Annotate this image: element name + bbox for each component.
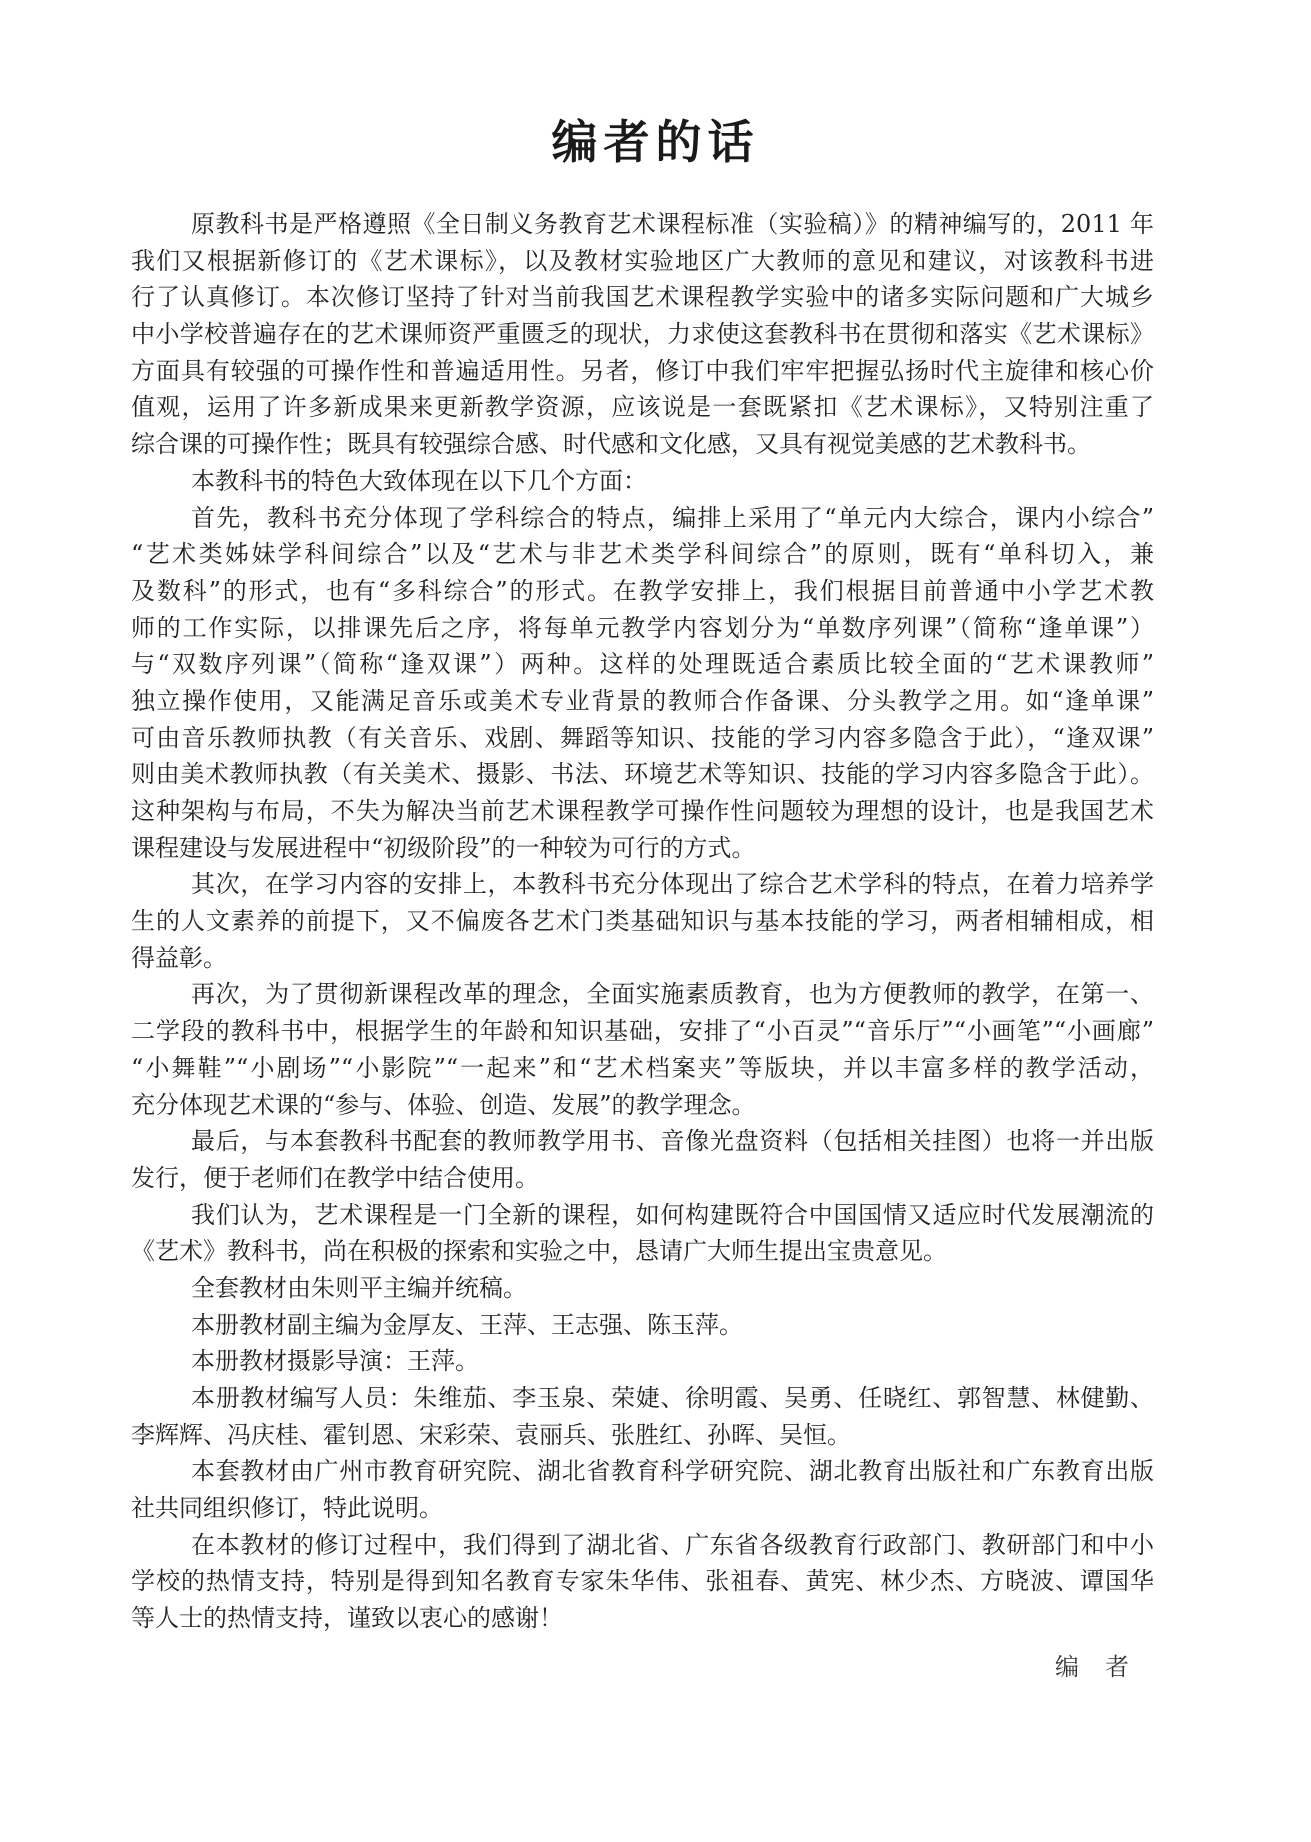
page-title: 编者的话 (0, 112, 1311, 172)
paragraph: 其次，在学习内容的安排上，本教科书充分体现出了综合艺术学科的特点，在着力培养学生… (131, 866, 1154, 976)
document-page: 编者的话 原教科书是严格遵照《全日制义务教育艺术课程标准（实验稿）》的精神编写的… (0, 0, 1311, 1842)
paragraph-line: 二学段的教科书中，根据学生的年龄和知识基础，安排了“小百灵”“音乐厅”“小画笔”… (131, 1013, 1154, 1050)
document-body: 原教科书是严格遵照《全日制义务教育艺术课程标准（实验稿）》的精神编写的，2011… (131, 206, 1154, 1637)
paragraph-line: 其次，在学习内容的安排上，本教科书充分体现出了综合艺术学科的特点，在着力培养学 (131, 866, 1154, 903)
paragraph-line: 李辉辉、冯庆桂、霍钊恩、宋彩荣、袁丽兵、张胜红、孙晖、吴恒。 (131, 1417, 1154, 1454)
paragraph-line: 我们又根据新修订的《艺术课标》，以及教材实验地区广大教师的意见和建议，对该教科书… (131, 243, 1154, 280)
paragraph-line: 这种架构与布局，不失为解决当前艺术课程教学可操作性问题较为理想的设计，也是我国艺… (131, 793, 1154, 830)
paragraph-line: 值观，运用了许多新成果来更新教学资源，应该说是一套既紧扣《艺术课标》，又特别注重… (131, 389, 1154, 426)
paragraph-line: 综合课的可操作性；既具有较强综合感、时代感和文化感，又具有视觉美感的艺术教科书。 (131, 426, 1154, 463)
paragraph-line: 再次，为了贯彻新课程改革的理念，全面实施素质教育，也为方便教师的教学，在第一、 (131, 976, 1154, 1013)
paragraph-line: 可由音乐教师执教（有关音乐、戏剧、舞蹈等知识、技能的学习内容多隐含于此），“逢双… (131, 720, 1154, 757)
paragraph-line: 在本教材的修订过程中，我们得到了湖北省、广东省各级教育行政部门、教研部门和中小 (131, 1527, 1154, 1564)
paragraph-line: 首先，教科书充分体现了学科综合的特点，编排上采用了“单元内大综合，课内小综合” (131, 500, 1154, 537)
paragraph-line: 中小学校普遍存在的艺术课师资严重匮乏的现状，力求使这套教科书在贯彻和落实《艺术课… (131, 316, 1154, 353)
paragraph-line: 独立操作使用，又能满足音乐或美术专业背景的教师合作备课、分头教学之用。如“逢单课… (131, 683, 1154, 720)
paragraph: 我们认为，艺术课程是一门全新的课程，如何构建既符合中国国情又适应时代发展潮流的《… (131, 1197, 1154, 1270)
paragraph: 本套教材由广州市教育研究院、湖北省教育科学研究院、湖北教育出版社和广东教育出版社… (131, 1453, 1154, 1526)
paragraph-line: 与“双数序列课”（简称“逢双课”）两种。这样的处理既适合素质比较全面的“艺术课教… (131, 646, 1154, 683)
paragraph: 在本教材的修订过程中，我们得到了湖北省、广东省各级教育行政部门、教研部门和中小学… (131, 1527, 1154, 1637)
paragraph-line: 原教科书是严格遵照《全日制义务教育艺术课程标准（实验稿）》的精神编写的，2011… (131, 206, 1154, 243)
paragraph-line: 生的人文素养的前提下，又不偏废各艺术门类基础知识与基本技能的学习，两者相辅相成，… (131, 903, 1154, 940)
paragraph-line: 等人士的热情支持，谨致以衷心的感谢！ (131, 1600, 1154, 1637)
paragraph-line: 本教科书的特色大致体现在以下几个方面： (131, 463, 1154, 500)
paragraph: 本册教材摄影导演：王萍。 (131, 1343, 1154, 1380)
paragraph-line: 我们认为，艺术课程是一门全新的课程，如何构建既符合中国国情又适应时代发展潮流的 (131, 1197, 1154, 1234)
paragraph-line: 得益彰。 (131, 940, 1154, 977)
paragraph: 最后，与本套教科书配套的教师教学用书、音像光盘资料（包括相关挂图）也将一并出版发… (131, 1123, 1154, 1196)
paragraph-line: 及数科”的形式，也有“多科综合”的形式。在教学安排上，我们根据目前普通中小学艺术… (131, 573, 1154, 610)
signature: 编者 (1055, 1647, 1155, 1682)
paragraph-line: 行了认真修订。本次修订坚持了针对当前我国艺术课程教学实验中的诸多实际问题和广大城… (131, 279, 1154, 316)
paragraph-line: 本册教材摄影导演：王萍。 (131, 1343, 1154, 1380)
paragraph-line: 本册教材编写人员：朱维茄、李玉泉、荣婕、徐明霞、吴勇、任晓红、郭智慧、林健勤、 (131, 1380, 1154, 1417)
paragraph-line: 发行，便于老师们在教学中结合使用。 (131, 1160, 1154, 1197)
paragraph-line: 本册教材副主编为金厚友、王萍、王志强、陈玉萍。 (131, 1307, 1154, 1344)
paragraph-line: 全套教材由朱则平主编并统稿。 (131, 1270, 1154, 1307)
paragraph-line: “小舞鞋”“小剧场”“小影院”“一起来”和“艺术档案夹”等版块，并以丰富多样的教… (131, 1050, 1154, 1087)
paragraph-line: “艺术类姊妹学科间综合”以及“艺术与非艺术类学科间综合”的原则，既有“单科切入，… (131, 536, 1154, 573)
paragraph-line: 充分体现艺术课的“参与、体验、创造、发展”的教学理念。 (131, 1087, 1154, 1124)
paragraph-line: 课程建设与发展进程中“初级阶段”的一种较为可行的方式。 (131, 830, 1154, 867)
paragraph-line: 最后，与本套教科书配套的教师教学用书、音像光盘资料（包括相关挂图）也将一并出版 (131, 1123, 1154, 1160)
paragraph: 本教科书的特色大致体现在以下几个方面： (131, 463, 1154, 500)
paragraph: 原教科书是严格遵照《全日制义务教育艺术课程标准（实验稿）》的精神编写的，2011… (131, 206, 1154, 463)
paragraph-line: 社共同组织修订，特此说明。 (131, 1490, 1154, 1527)
paragraph-line: 学校的热情支持，特别是得到知名教育专家朱华伟、张祖春、黄宪、林少杰、方晓波、谭国… (131, 1563, 1154, 1600)
paragraph: 全套教材由朱则平主编并统稿。 (131, 1270, 1154, 1307)
paragraph-line: 《艺术》教科书，尚在积极的探索和实验之中，恳请广大师生提出宝贵意见。 (131, 1233, 1154, 1270)
paragraph-line: 本套教材由广州市教育研究院、湖北省教育科学研究院、湖北教育出版社和广东教育出版 (131, 1453, 1154, 1490)
paragraph-line: 师的工作实际，以排课先后之序，将每单元教学内容划分为“单数序列课”（简称“逢单课… (131, 610, 1154, 647)
paragraph: 本册教材副主编为金厚友、王萍、王志强、陈玉萍。 (131, 1307, 1154, 1344)
paragraph-line: 则由美术教师执教（有关美术、摄影、书法、环境艺术等知识、技能的学习内容多隐含于此… (131, 756, 1154, 793)
paragraph-line: 方面具有较强的可操作性和普遍适用性。另者，修订中我们牢牢把握弘扬时代主旋律和核心… (131, 353, 1154, 390)
paragraph: 本册教材编写人员：朱维茄、李玉泉、荣婕、徐明霞、吴勇、任晓红、郭智慧、林健勤、李… (131, 1380, 1154, 1453)
paragraph: 再次，为了贯彻新课程改革的理念，全面实施素质教育，也为方便教师的教学，在第一、二… (131, 976, 1154, 1123)
paragraph: 首先，教科书充分体现了学科综合的特点，编排上采用了“单元内大综合，课内小综合”“… (131, 500, 1154, 867)
